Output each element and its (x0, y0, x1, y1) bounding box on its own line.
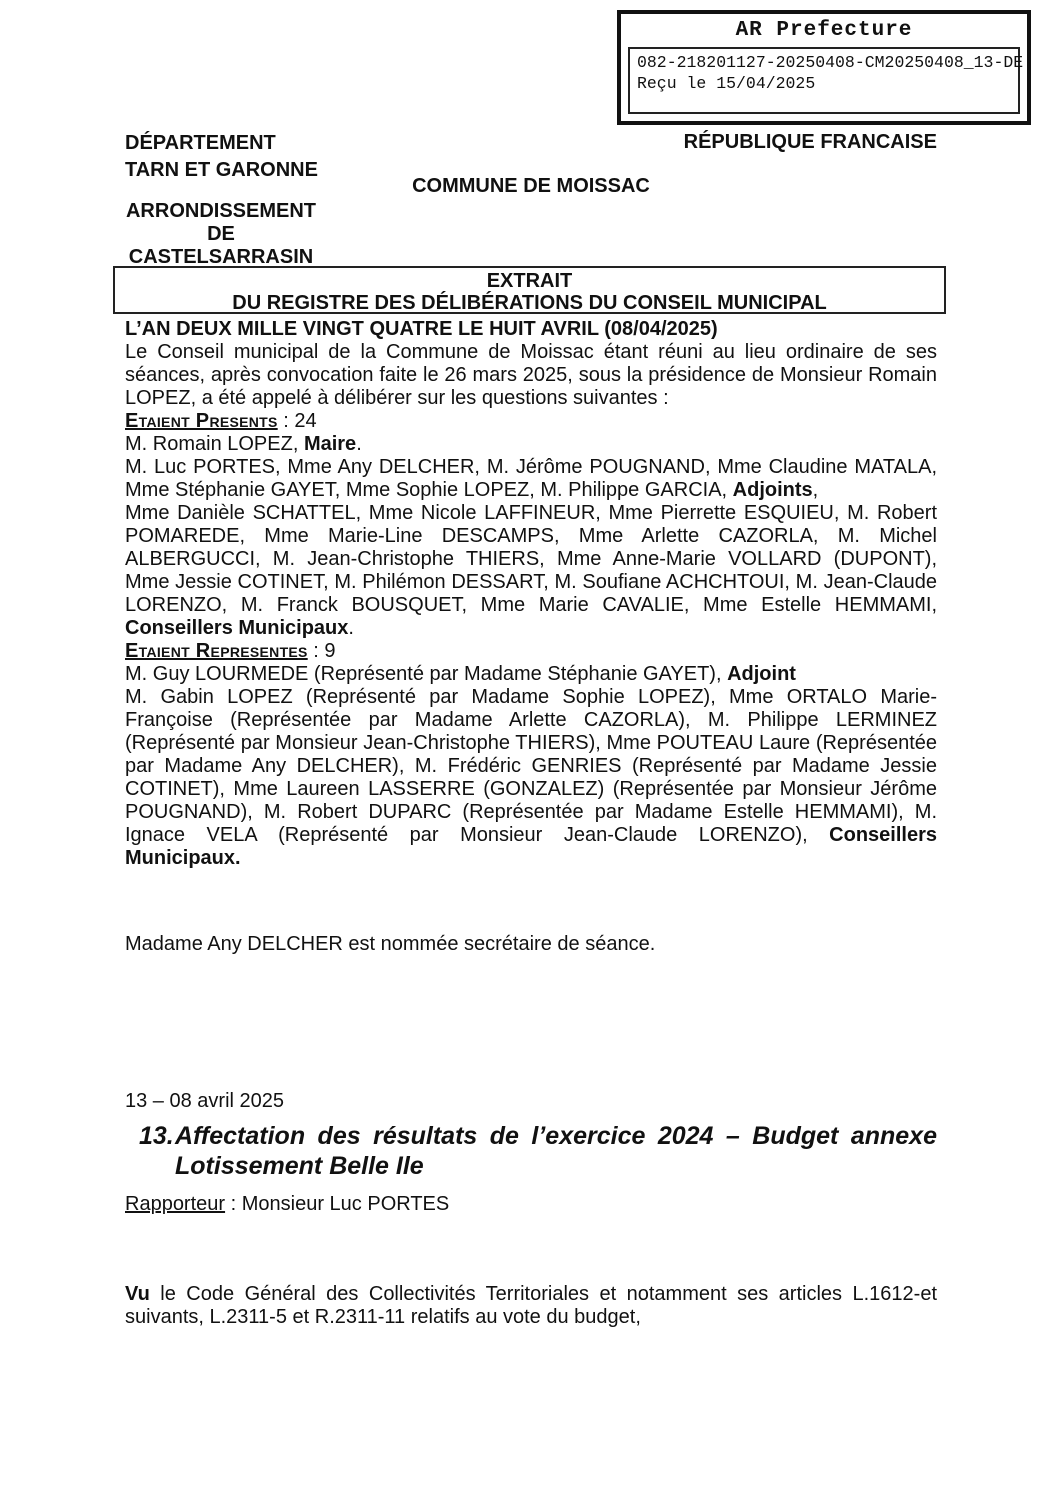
vu-keyword: Vu (125, 1283, 150, 1305)
adjoints-list: M. Luc PORTES, Mme Any DELCHER, M. Jérôm… (125, 456, 937, 502)
extract-line1: EXTRAIT (115, 270, 944, 292)
secretary-line: Madame Any DELCHER est nommée secrétaire… (125, 933, 937, 956)
mayor-line-end: . (356, 433, 362, 455)
rapporteur-line: Rapporteur : Monsieur Luc PORTES (125, 1193, 937, 1216)
presents-count-line: Etaient Presents : 24 (125, 410, 937, 433)
document-body: L’AN DEUX MILLE VINGT QUATRE LE HUIT AVR… (125, 318, 937, 1329)
representes-count-line: Etaient Representes : 9 (125, 640, 937, 663)
representes-count: : 9 (308, 640, 336, 662)
extract-title-box: EXTRAIT DU REGISTRE DES DÉLIBÉRATIONS DU… (113, 266, 946, 314)
republic-label: RÉPUBLIQUE FRANCAISE (684, 131, 937, 154)
represented-adjoint-line: M. Guy LOURMEDE (Représenté par Madame S… (125, 663, 937, 686)
conseillers-line-end: . (348, 617, 354, 639)
stamp-received-date: Reçu le 15/04/2025 (637, 73, 1011, 94)
rapporteur-label: Rapporteur (125, 1193, 225, 1215)
represented-list: M. Gabin LOPEZ (Représenté par Madame So… (125, 686, 937, 870)
adjoints-line-end: , (813, 479, 819, 501)
stamp-title: AR Prefecture (621, 14, 1027, 47)
item-reference-line: 13 – 08 avril 2025 (125, 1090, 937, 1113)
mayor-name: M. Romain LOPEZ, (125, 433, 304, 455)
item-title: Affectation des résultats de l’exercice … (175, 1122, 937, 1180)
conseillers-list: Mme Danièle SCHATTEL, Mme Nicole LAFFINE… (125, 502, 937, 640)
vu-paragraph: Vu le Code Général des Collectivités Ter… (125, 1283, 937, 1329)
conseillers-names: Mme Danièle SCHATTEL, Mme Nicole LAFFINE… (125, 502, 937, 616)
session-intro: Le Conseil municipal de la Commune de Mo… (125, 341, 937, 410)
document-page: AR Prefecture 082-218201127-20250408-CM2… (0, 0, 1058, 1496)
adjoints-title: Adjoints (733, 479, 813, 501)
presents-count: : 24 (278, 410, 317, 432)
mayor-title: Maire (304, 433, 356, 455)
vu-text: le Code Général des Collectivités Territ… (125, 1283, 937, 1328)
stamp-reference: 082-218201127-20250408-CM20250408_13-DE (637, 52, 1011, 73)
represented-names: M. Gabin LOPEZ (Représenté par Madame So… (125, 686, 937, 846)
session-date-line: L’AN DEUX MILLE VINGT QUATRE LE HUIT AVR… (125, 318, 937, 341)
represented-adjoint-name: M. Guy LOURMEDE (Représenté par Madame S… (125, 663, 727, 685)
represented-adjoint-title: Adjoint (727, 663, 796, 685)
arrondissement-label: ARRONDISSEMENT (125, 200, 317, 223)
department-label: DÉPARTEMENT (125, 130, 318, 157)
representes-label: Etaient Representes (125, 640, 308, 662)
rapporteur-name: : Monsieur Luc PORTES (225, 1193, 449, 1215)
item-number: 13. (139, 1121, 174, 1151)
arrondissement-block: ARRONDISSEMENT DE CASTELSARRASIN (125, 200, 317, 269)
mayor-line: M. Romain LOPEZ, Maire. (125, 433, 937, 456)
presents-label: Etaient Presents (125, 410, 278, 432)
commune-title: COMMUNE DE MOISSAC (125, 175, 937, 198)
ar-prefecture-stamp: AR Prefecture 082-218201127-20250408-CM2… (617, 10, 1031, 125)
arrondissement-de: DE (125, 223, 317, 246)
extract-line2: DU REGISTRE DES DÉLIBÉRATIONS DU CONSEIL… (115, 292, 944, 314)
deliberation-heading: 13. Affectation des résultats de l’exerc… (125, 1121, 937, 1181)
stamp-details: 082-218201127-20250408-CM20250408_13-DE … (628, 47, 1020, 114)
conseillers-title: Conseillers Municipaux (125, 617, 348, 639)
